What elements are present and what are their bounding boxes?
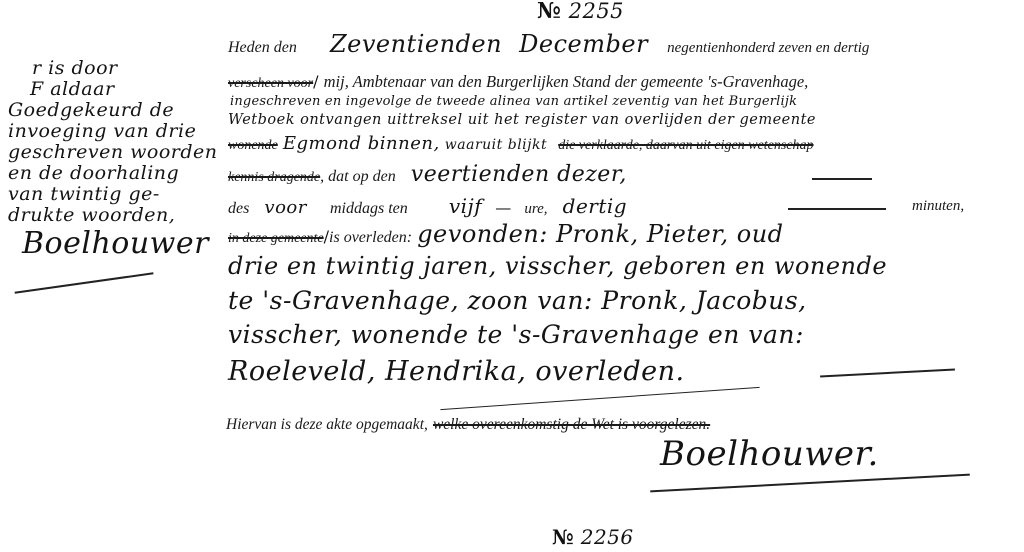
printed-text: ure, bbox=[524, 201, 547, 217]
handwritten-text: voor bbox=[264, 197, 306, 218]
margin-note-line: en de doorhaling bbox=[8, 163, 217, 184]
closing-flourish bbox=[440, 387, 759, 410]
margin-note-line: invoeging van drie bbox=[8, 121, 217, 142]
handwritten-month: December bbox=[519, 30, 648, 58]
act-number-label: № bbox=[552, 525, 574, 549]
handwritten-insert-line: Wetboek ontvangen uittreksel uit het reg… bbox=[228, 112, 816, 128]
struck-text: wonende bbox=[228, 138, 278, 153]
handwritten-text: waaruit blijkt bbox=[445, 137, 547, 153]
printed-text: middags ten bbox=[330, 200, 408, 217]
line-date-of-death: kennis dragende, dat op den veertienden … bbox=[228, 162, 627, 187]
line-official: verscheen voor/ mij, Ambtenaar van den B… bbox=[228, 72, 808, 92]
line-time: des voor middags ten vijf — ure, dertig bbox=[228, 194, 627, 218]
line-deceased: in deze gemeente/is overleden: gevonden:… bbox=[228, 220, 784, 248]
line-residence: wonende Egmond binnen, waaruit blijkt di… bbox=[228, 133, 814, 154]
signature-underline bbox=[650, 474, 970, 492]
act-number: № 2255 bbox=[537, 0, 624, 24]
handwritten-line: drie en twintig jaren, visscher, geboren… bbox=[228, 252, 887, 280]
printed-text: Hiervan is deze akte opgemaakt, bbox=[226, 416, 428, 433]
margin-note-line: Goedgekeurd de bbox=[8, 100, 217, 121]
margin-signature: Boelhouwer bbox=[22, 226, 209, 261]
handwritten-minutes: dertig bbox=[563, 194, 627, 218]
handwritten-insert-line: ingeschreven en ingevolge de tweede alin… bbox=[230, 94, 797, 109]
printed-text: mij, Ambtenaar van den Burgerlijken Stan… bbox=[324, 72, 809, 91]
dash: — bbox=[495, 198, 511, 217]
margin-signature-underline bbox=[15, 272, 154, 293]
struck-text: kennis dragende bbox=[228, 170, 320, 185]
margin-note-line: F aldaar bbox=[8, 79, 217, 100]
printed-text: des bbox=[228, 200, 249, 217]
handwritten-line: visscher, wonende te 's-Gravenhage en va… bbox=[228, 320, 804, 349]
handwritten-deceased: gevonden: Pronk, Pieter, oud bbox=[417, 220, 783, 248]
struck-text: die verklaarde, daarvan uit eigen wetens… bbox=[558, 138, 813, 153]
fill-line bbox=[788, 208, 886, 210]
margin-note-line: drukte woorden, bbox=[8, 205, 217, 226]
printed-minutes: minuten, bbox=[912, 198, 964, 215]
struck-text: welke overeenkomstig de Wet is voorgelez… bbox=[433, 416, 710, 433]
line-date: Heden den Zeventienden December negentie… bbox=[228, 30, 869, 58]
handwritten-line: Roeleveld, Hendrika, overleden. bbox=[228, 356, 685, 387]
printed-year: negentienhonderd zeven en dertig bbox=[667, 40, 869, 56]
act-number-value: 2256 bbox=[581, 525, 634, 549]
printed-text: , dat op den bbox=[320, 168, 396, 185]
handwritten-place: Egmond binnen, bbox=[283, 133, 440, 154]
next-act-number: № 2256 bbox=[552, 525, 634, 549]
fill-line bbox=[812, 178, 872, 180]
margin-note-line: van twintig ge- bbox=[8, 184, 217, 205]
printed-text: is overleden: bbox=[329, 229, 412, 246]
official-signature: Boelhouwer. bbox=[660, 434, 879, 474]
act-number-value: 2255 bbox=[569, 0, 624, 23]
handwritten-day: Zeventienden bbox=[330, 30, 502, 58]
handwritten-hour: vijf bbox=[449, 194, 482, 218]
handwritten-date: veertienden dezer, bbox=[411, 162, 627, 187]
closing-line: Hiervan is deze akte opgemaakt, welke ov… bbox=[226, 414, 710, 434]
margin-note: r is door F aldaar Goedgekeurd de invoeg… bbox=[8, 58, 217, 226]
printed-text: Heden den bbox=[228, 39, 297, 56]
margin-note-line: r is door bbox=[8, 58, 217, 79]
struck-text: verscheen voor bbox=[228, 76, 313, 91]
margin-note-line: geschreven woorden bbox=[8, 142, 217, 163]
closing-flourish bbox=[820, 368, 955, 377]
struck-text: in deze gemeente bbox=[228, 231, 324, 246]
act-number-label: № bbox=[537, 0, 561, 24]
handwritten-line: te 's-Gravenhage, zoon van: Pronk, Jacob… bbox=[228, 286, 807, 315]
